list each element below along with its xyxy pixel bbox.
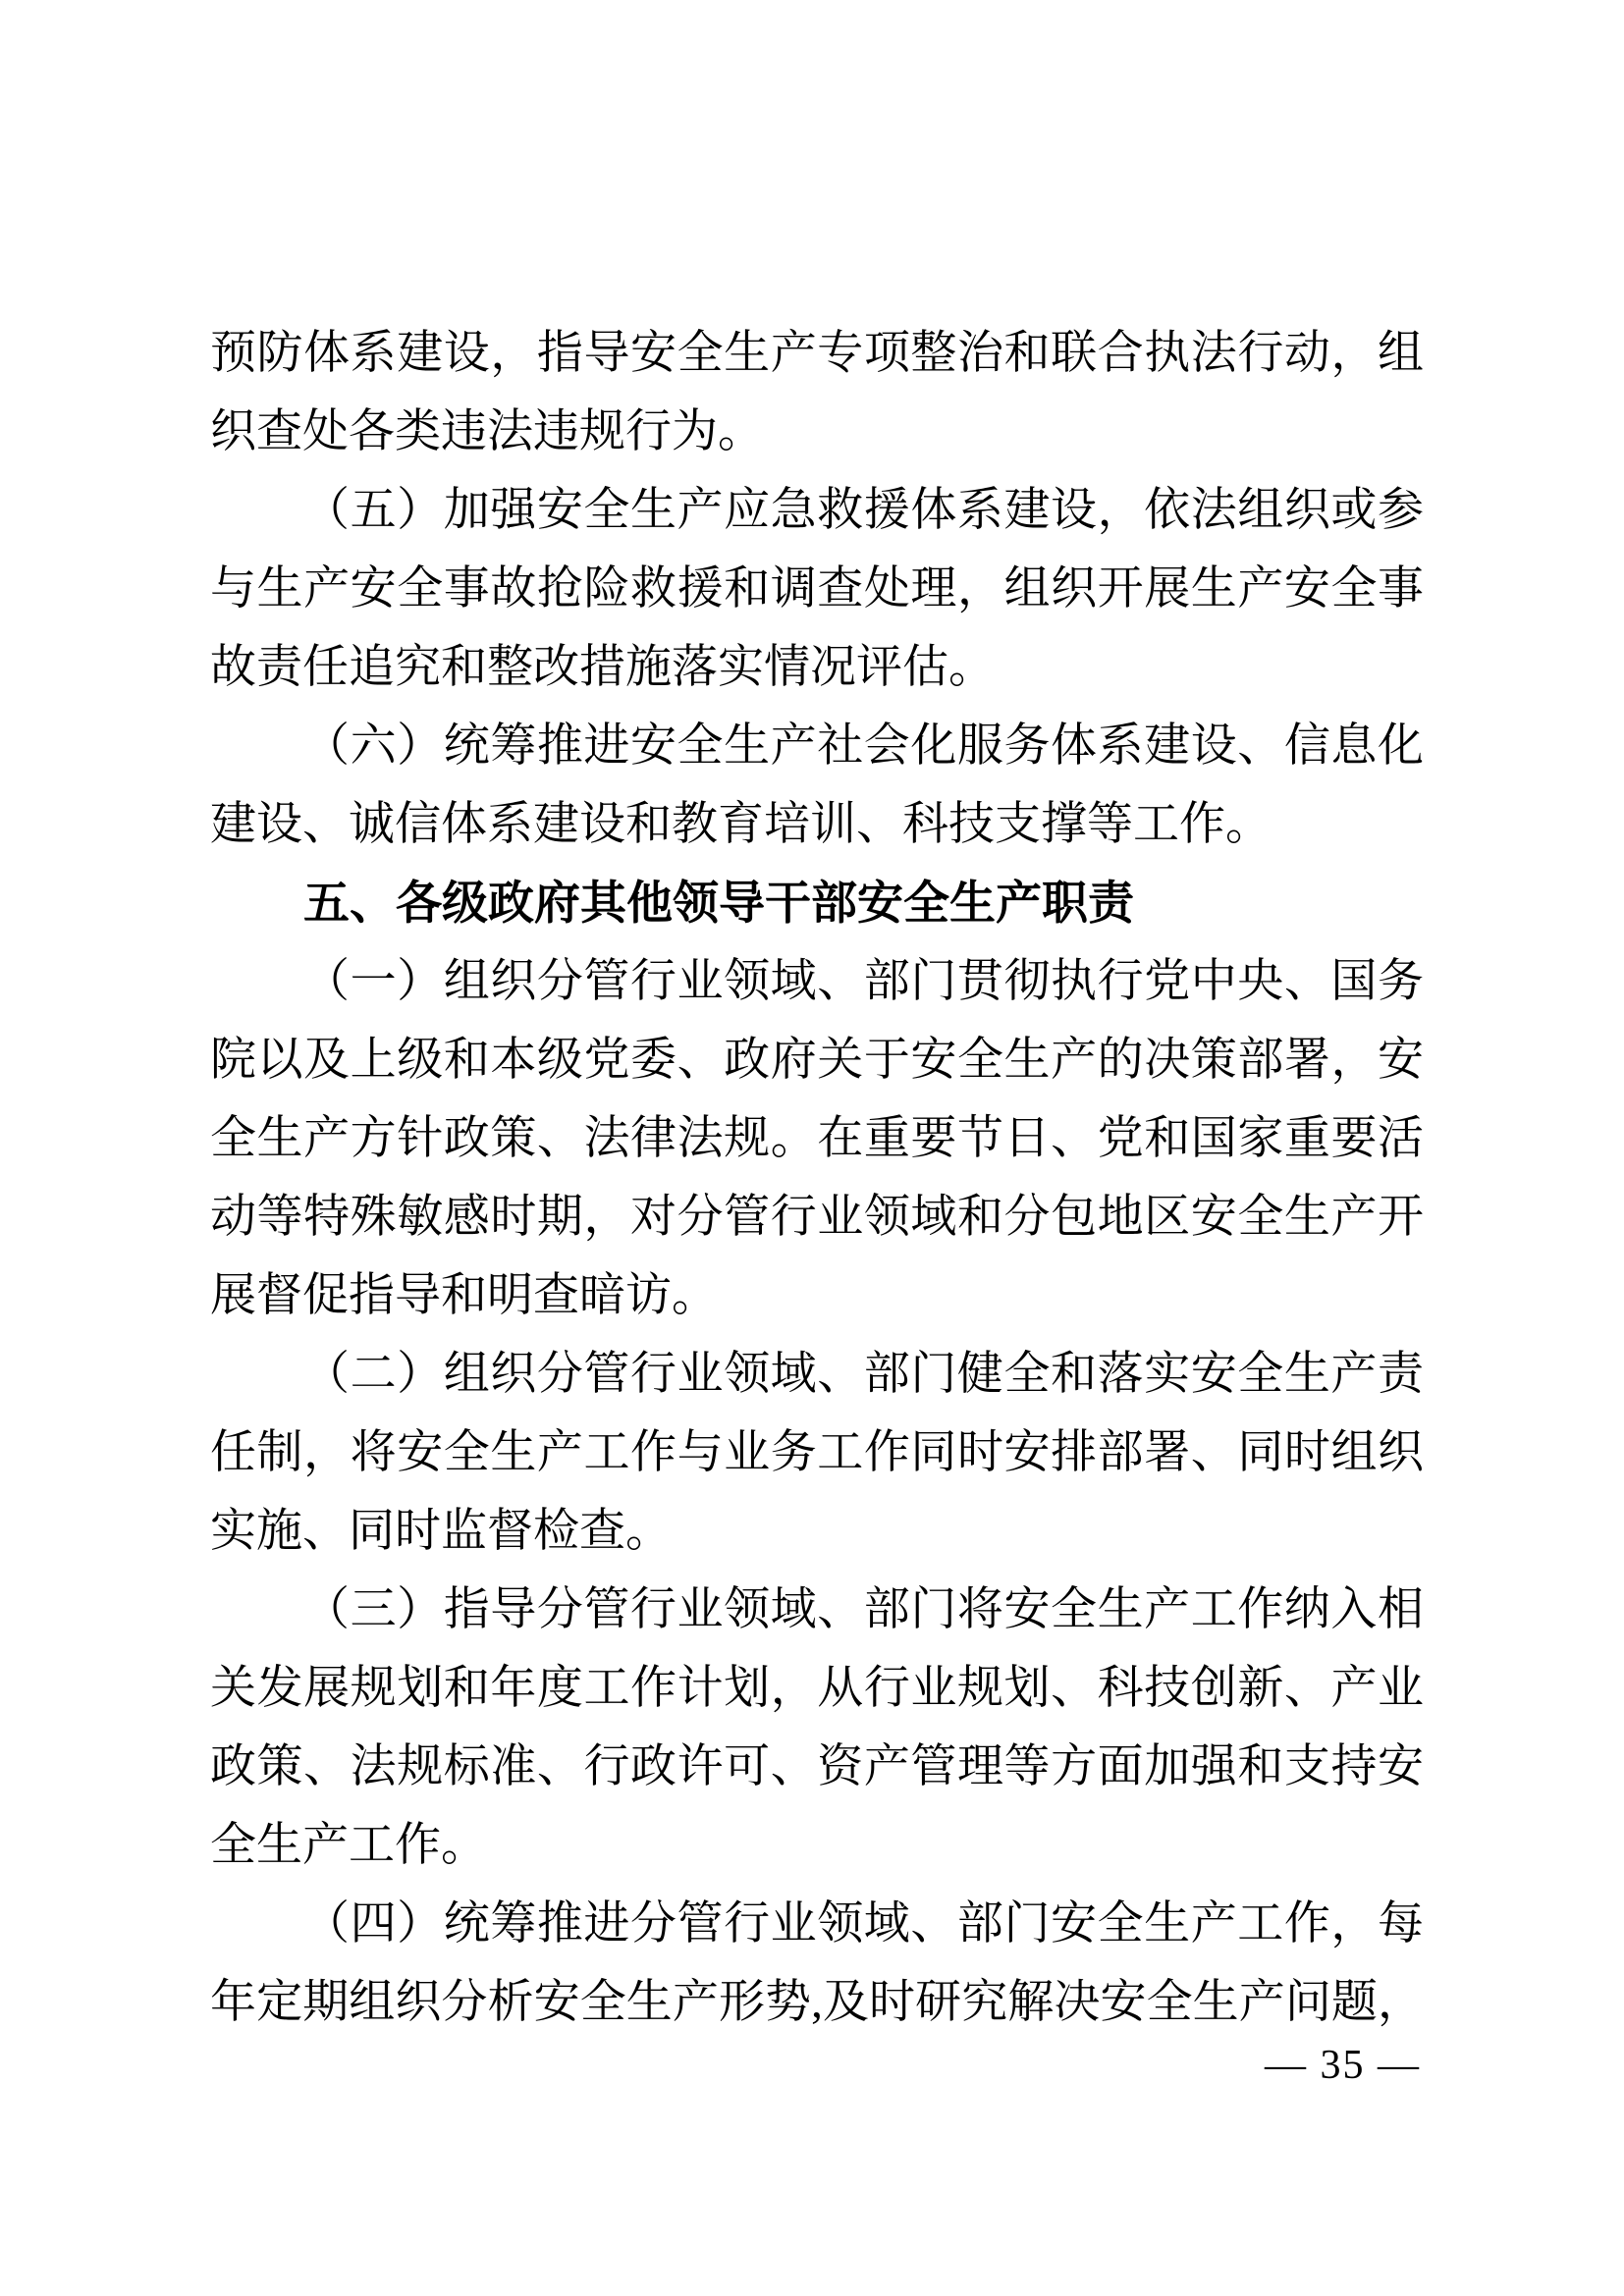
text-line: 政策、法规标准、行政许可、资产管理等方面加强和支持安 xyxy=(210,1728,1424,1806)
text-line: （四）统筹推进分管行业领域、部门安全生产工作，每 xyxy=(210,1885,1424,1963)
text-line: （一）组织分管行业领域、部门贯彻执行党中央、国务 xyxy=(210,942,1424,1021)
page-number: — 35 — xyxy=(1265,2044,1421,2087)
text-line: 动等特殊敏感时期，对分管行业领域和分包地区安全生产开 xyxy=(210,1178,1424,1256)
text-line: 预防体系建设，指导安全生产专项整治和联合执法行动，组 xyxy=(210,314,1424,393)
document-page: 预防体系建设，指导安全生产专项整治和联合执法行动，组织查处各类违法违规行为。（五… xyxy=(0,0,1624,2296)
text-line: （三）指导分管行业领域、部门将安全生产工作纳入相 xyxy=(210,1571,1424,1649)
text-line: 展督促指导和明查暗访。 xyxy=(210,1256,1424,1335)
text-line: 关发展规划和年度工作计划，从行业规划、科技创新、产业 xyxy=(210,1649,1424,1728)
text-line: 任制，将安全生产工作与业务工作同时安排部署、同时组织 xyxy=(210,1414,1424,1492)
document-body: 预防体系建设，指导安全生产专项整治和联合执法行动，组织查处各类违法违规行为。（五… xyxy=(210,314,1424,2042)
text-line: （二）组织分管行业领域、部门健全和落实安全生产责 xyxy=(210,1335,1424,1414)
text-line: （六）统筹推进安全生产社会化服务体系建设、信息化 xyxy=(210,707,1424,785)
text-line: 建设、诚信体系建设和教育培训、科技支撑等工作。 xyxy=(210,785,1424,864)
text-line: 全生产方针政策、法律法规。在重要节日、党和国家重要活 xyxy=(210,1099,1424,1178)
text-line: 实施、同时监督检查。 xyxy=(210,1492,1424,1571)
text-line: （五）加强安全生产应急救援体系建设，依法组织或参 xyxy=(210,471,1424,550)
text-line: 院以及上级和本级党委、政府关于安全生产的决策部署，安 xyxy=(210,1021,1424,1099)
text-line: 与生产安全事故抢险救援和调查处理，组织开展生产安全事 xyxy=(210,550,1424,628)
text-line: 年定期组织分析安全生产形势,及时研究解决安全生产问题， xyxy=(210,1963,1424,2042)
text-line: 故责任追究和整改措施落实情况评估。 xyxy=(210,628,1424,707)
text-line: 全生产工作。 xyxy=(210,1806,1424,1885)
text-line: 织查处各类违法违规行为。 xyxy=(210,393,1424,471)
section-heading: 五、各级政府其他领导干部安全生产职责 xyxy=(210,864,1424,942)
